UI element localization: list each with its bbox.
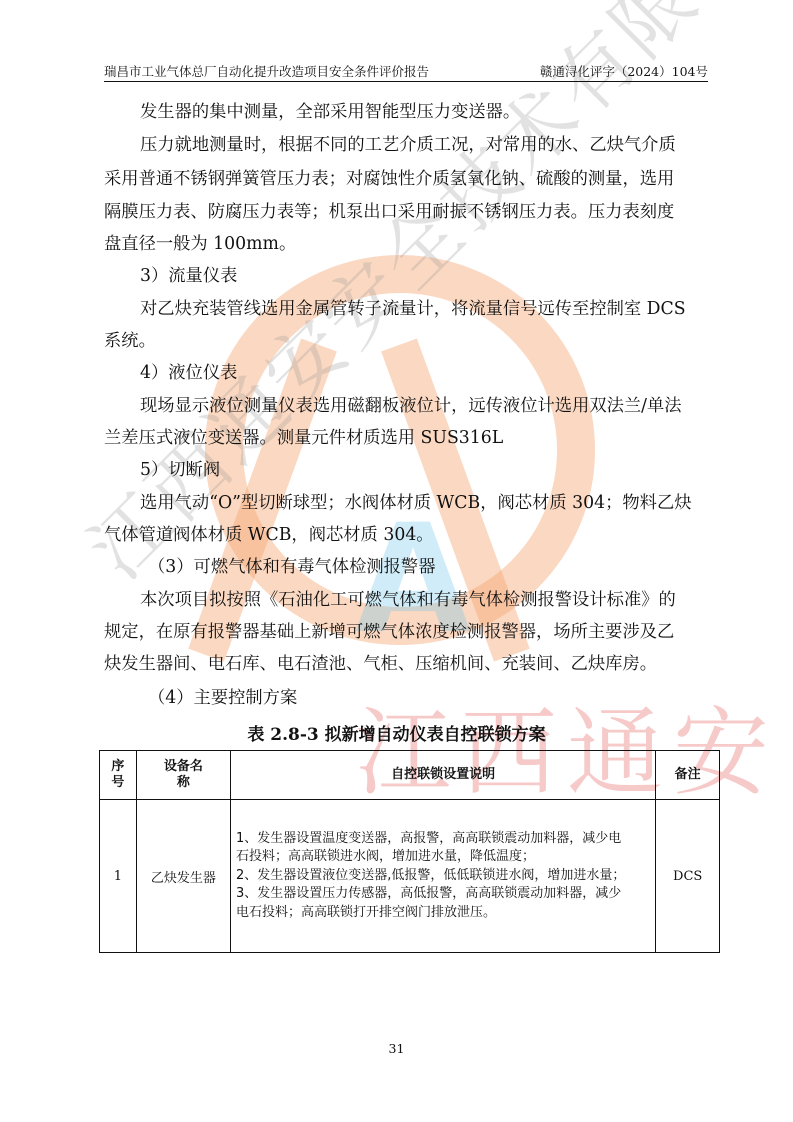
cell-description: 1、发生器设置温度变送器，高报警，高高联锁震动加料器，减少电 石投料；高高联锁进… (231, 800, 656, 953)
paragraph-line: 选用气动“O”型切断球型；水阀体材质 WCB，阀芯材质 304；物料乙炔 (104, 492, 718, 514)
paragraph-line: 兰差压式液位变送器。测量元件材质选用 SUS316L (104, 427, 718, 449)
report-title: 瑞昌市工业气体总厂自动化提升改造项目安全条件评价报告 (104, 64, 429, 80)
subheading-control-scheme: （4）主要控制方案 (104, 687, 718, 709)
document-page: A 江西通安安全技术有限公司 江西通安 瑞昌市工业气体总厂自动化提升改造项目安全… (0, 0, 793, 1122)
interlock-table: 序 号 设备名 称 自控联锁设置说明 备注 1 乙炔发生器 1、发生器设置温度变… (99, 750, 720, 953)
paragraph-line: 气体管道阀体材质 WCB，阀芯材质 304。 (104, 524, 718, 546)
paragraph-line: 对乙炔充装管线选用金属管转子流量计，将流量信号远传至控制室 DCS (104, 298, 718, 320)
paragraph-line: 现场显示液位测量仪表选用磁翻板液位计，远传液位计选用双法兰/单法 (104, 395, 718, 417)
header-description: 自控联锁设置说明 (231, 751, 656, 800)
paragraph-line: 规定，在原有报警器基础上新增可燃气体浓度检测报警器，场所主要涉及乙 (104, 621, 718, 643)
page-number: 31 (0, 1041, 793, 1056)
paragraph-line: 压力就地测量时，根据不同的工艺介质工况，对常用的水、乙炔气介质 (104, 134, 718, 156)
cell-equipment: 乙炔发生器 (136, 800, 230, 953)
page-header: 瑞昌市工业气体总厂自动化提升改造项目安全条件评价报告 赣通浔化评字（2024）1… (104, 64, 708, 82)
header-equipment: 设备名 称 (136, 751, 230, 800)
paragraph-line: 盘直径一般为 100mm。 (104, 233, 718, 255)
subheading-gas-detectors: （3）可燃气体和有毒气体检测报警器 (104, 556, 718, 578)
cell-note: DCS (656, 800, 720, 953)
subheading-level-instruments: 4）液位仪表 (104, 362, 718, 384)
subheading-flow-instruments: 3）流量仪表 (104, 265, 718, 287)
paragraph-line: 发生器的集中测量，全部采用智能型压力变送器。 (104, 101, 718, 123)
header-note: 备注 (656, 751, 720, 800)
subheading-shutoff-valve: 5）切断阀 (104, 459, 718, 481)
paragraph-line: 隔膜压力表、防腐压力表等；机泵出口采用耐振不锈钢压力表。压力表刻度 (104, 201, 718, 223)
paragraph-line: 采用普通不锈钢弹簧管压力表；对腐蚀性介质氢氧化钠、硫酸的测量，选用 (104, 168, 718, 190)
paragraph-line: 系统。 (104, 330, 718, 352)
document-number: 赣通浔化评字（2024）104号 (540, 64, 708, 80)
table-row: 1 乙炔发生器 1、发生器设置温度变送器，高报警，高高联锁震动加料器，减少电 石… (100, 800, 720, 953)
paragraph-line: 炔发生器间、电石库、电石渣池、气柜、压缩机间、充装间、乙炔库房。 (104, 653, 718, 675)
paragraph-line: 本次项目拟按照《石油化工可燃气体和有毒气体检测报警设计标准》的 (104, 589, 718, 611)
cell-no: 1 (100, 800, 137, 953)
header-no: 序 号 (100, 751, 137, 800)
table-caption: 表 2.8-3 拟新增自动仪表自控联锁方案 (0, 724, 793, 746)
table-header-row: 序 号 设备名 称 自控联锁设置说明 备注 (100, 751, 720, 800)
